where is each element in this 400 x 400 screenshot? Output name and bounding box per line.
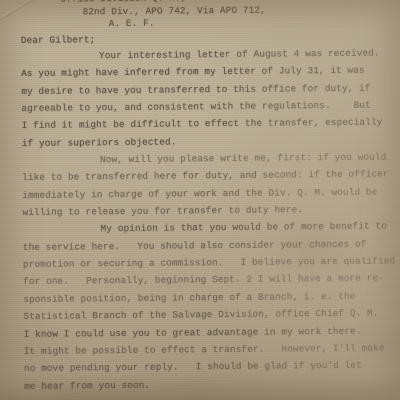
letter-body: Your interesting letter of August 4 was … [21, 44, 400, 395]
letter-line: me hear from you soon. [24, 374, 400, 395]
letter-text: Office Division Q. M., 82nd Div., APO 74… [0, 0, 400, 400]
letter-heading-line: A. E. F. [109, 18, 155, 29]
letter-heading-line: Office Division Q. M., [60, 0, 186, 5]
letter-heading-line: 82nd Div., APO 742, Via APO 712, [83, 5, 266, 18]
letter-scan: Office Division Q. M., 82nd Div., APO 74… [0, 0, 400, 400]
salutation: Dear Gilbert; [21, 34, 96, 46]
